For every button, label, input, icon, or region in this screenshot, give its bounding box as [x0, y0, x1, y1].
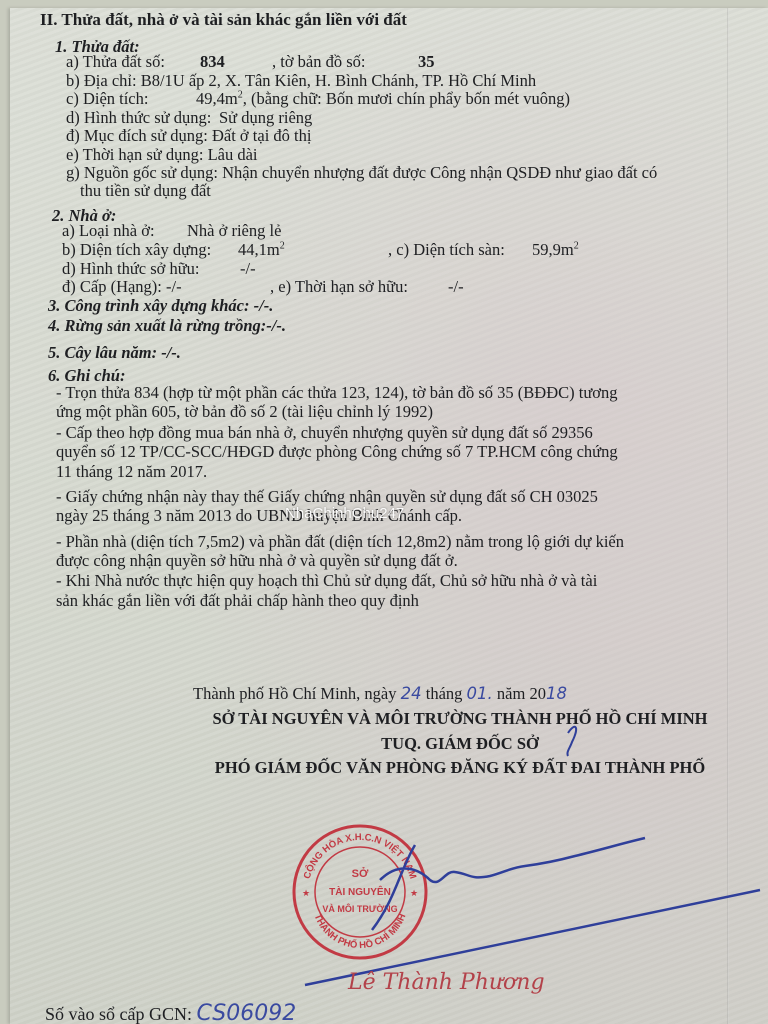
floor-area-label: , c) Diện tích sàn:: [388, 240, 505, 260]
house-type-row: a) Loại nhà ở: Nhà ở riêng lẻ: [62, 221, 155, 241]
address-row: b) Địa chỉ: B8/1U ấp 2, X. Tân Kiên, H. …: [66, 71, 536, 91]
house-type-label: a) Loại nhà ở:: [62, 221, 155, 240]
page-fold-line: [727, 8, 729, 1024]
area-words: , (bằng chữ: Bốn mươi chín phẩy bốn mét …: [243, 89, 570, 108]
svg-text:TÀI NGUYÊN: TÀI NGUYÊN: [329, 885, 391, 898]
use-form-row: d) Hình thức sử dụng: Sử dụng riêng: [66, 108, 211, 128]
signer-position: PHÓ GIÁM ĐỐC VĂN PHÒNG ĐĂNG KÝ ĐẤT ĐAI T…: [150, 758, 768, 778]
note-line: được công nhận quyền sở hữu nhà ở và quy…: [56, 551, 458, 571]
parcel-row: a) Thửa đất số: 834 , tờ bản đồ số: 35: [66, 52, 165, 72]
date-day: 24: [401, 684, 422, 703]
note-line: quyển số 12 TP/CC-SCC/HĐGD được phòng Cô…: [56, 442, 618, 462]
ownership-form-row: d) Hình thức sở hữu: -/-: [62, 259, 200, 279]
map-label: , tờ bản đồ số:: [272, 52, 366, 72]
origin-row-cont: thu tiền sử dụng đất: [80, 181, 211, 201]
note-line: - Cấp theo hợp đồng mua bán nhà ở, chuyể…: [56, 423, 593, 443]
grade-label: đ) Cấp (Hạng):: [62, 277, 162, 296]
signer-name: Lê Thành Phương: [348, 970, 545, 995]
use-form-label: d) Hình thức sử dụng:: [66, 108, 211, 127]
registry-row: Số vào sổ cấp GCN: CS06092: [45, 1004, 296, 1024]
svg-text:THÀNH PHỐ HỒ CHÍ MINH: THÀNH PHỐ HỒ CHÍ MINH: [312, 912, 409, 951]
ownership-form-value: -/-: [240, 259, 256, 279]
area-row: c) Diện tích: 49,4m2, (bằng chữ: Bốn mươ…: [66, 89, 148, 109]
build-area-value: 44,1m: [238, 240, 280, 259]
note-line: 11 tháng 12 năm 2017.: [56, 462, 207, 482]
official-seal-icon: CỘNG HÒA X.H.C.N VIỆT NAM THÀNH PHỐ HỒ C…: [290, 822, 430, 962]
area-label: c) Diện tích:: [66, 89, 148, 108]
month-label: tháng: [426, 684, 463, 703]
use-form-value: Sử dụng riêng: [219, 108, 312, 128]
registry-number: CS06092: [197, 1001, 297, 1024]
year-label: năm 20: [497, 684, 546, 703]
note-line: - Giấy chứng nhận này thay thế Giấy chứn…: [56, 487, 598, 507]
purpose-label: đ) Mục đích sử dụng:: [66, 126, 208, 145]
note-line: - Phần nhà (diện tích 7,5m2) và phần đất…: [56, 532, 624, 552]
place-date: Thành phố Hồ Chí Minh, ngày 24 tháng 01.…: [193, 684, 567, 704]
registry-label: Số vào sổ cấp GCN:: [45, 1004, 192, 1024]
grade-value: -/-: [166, 277, 182, 296]
term-value: Lâu dài: [208, 145, 258, 164]
purpose-row: đ) Mục đích sử dụng: Đất ở tại đô thị: [66, 126, 311, 146]
date-month: 01.: [467, 684, 493, 703]
ownership-term-label: , e) Thời hạn sở hữu:: [270, 277, 408, 297]
term-row: e) Thời hạn sử dụng: Lâu dài: [66, 145, 258, 165]
issuing-agency: SỞ TÀI NGUYÊN VÀ MÔI TRƯỜNG THÀNH PHỐ HỒ…: [150, 709, 768, 729]
note-line: - Trọn thửa 834 (hợp từ một phần các thử…: [56, 383, 617, 403]
house-type-value: Nhà ở riêng lẻ: [187, 221, 281, 241]
watermark: NhaChinhChu247: [285, 505, 404, 522]
build-area-sup: 2: [280, 241, 285, 252]
parcel-label: a) Thửa đất số:: [66, 52, 165, 71]
house-area-row: b) Diện tích xây dựng: 44,1m2 , c) Diện …: [62, 240, 211, 260]
floor-area-value: 59,9m: [532, 240, 574, 259]
note-line: - Khi Nhà nước thực hiện quy hoạch thì C…: [56, 571, 597, 591]
parcel-number: 834: [200, 52, 225, 72]
address-label: b) Địa chỉ:: [66, 71, 137, 90]
address-value: B8/1U ấp 2, X. Tân Kiên, H. Bình Chánh, …: [141, 71, 536, 90]
area-value: 49,4m: [196, 89, 238, 108]
origin-label: g) Nguồn gốc sử dụng:: [66, 163, 218, 182]
term-label: e) Thời hạn sử dụng:: [66, 145, 203, 164]
place-date-prefix: Thành phố Hồ Chí Minh, ngày: [193, 684, 397, 703]
section-title: II. Thửa đất, nhà ở và tài sản khác gắn …: [40, 10, 407, 30]
date-year-suffix: 18: [546, 684, 567, 703]
svg-text:★: ★: [302, 888, 310, 898]
origin-row: g) Nguồn gốc sử dụng: Nhận chuyển nhượng…: [66, 163, 657, 183]
note-line: sản khác gắn liền với đất phải chấp hành…: [56, 591, 419, 611]
ownership-form-label: d) Hình thức sở hữu:: [62, 259, 200, 278]
svg-text:SỞ: SỞ: [352, 867, 369, 880]
svg-text:VÀ MÔI TRƯỜNG: VÀ MÔI TRƯỜNG: [322, 903, 397, 914]
grade-row: đ) Cấp (Hạng): -/- , e) Thời hạn sở hữu:…: [62, 277, 182, 297]
note-line: ứng một phần 605, tờ bản đồ số 2 (tài li…: [56, 402, 433, 422]
ownership-term-value: -/-: [448, 277, 464, 297]
other-construction: 3. Công trình xây dựng khác: -/-.: [48, 296, 273, 316]
origin-value: Nhận chuyển nhượng đất được Công nhận QS…: [222, 163, 657, 182]
svg-text:★: ★: [410, 888, 418, 898]
perennial-trees: 5. Cây lâu năm: -/-.: [48, 343, 181, 363]
production-forest: 4. Rừng sản xuất là rừng trồng:-/-.: [48, 316, 286, 336]
build-area-label: b) Diện tích xây dựng:: [62, 240, 211, 259]
map-number: 35: [418, 52, 435, 72]
on-behalf: TUQ. GIÁM ĐỐC SỞ: [150, 734, 768, 754]
floor-area-sup: 2: [574, 241, 579, 252]
purpose-value: Đất ở tại đô thị: [212, 126, 311, 145]
